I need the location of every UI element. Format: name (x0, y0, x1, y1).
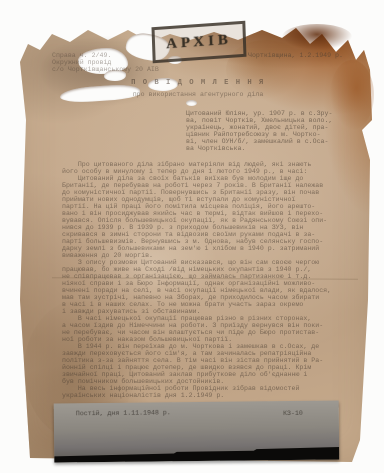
document-title: П О В І Д О М Л Е Н Н Я (62, 79, 334, 87)
archive-stamp-label: АРХІВ (166, 31, 232, 53)
photo-shadow-strip (54, 444, 339, 463)
text-line: працював, бо живе на Сході /від німецьки… (62, 266, 331, 273)
text-line: його особу в минулому і тепер до дня 1 л… (62, 168, 331, 175)
text-line: нився до 1939 р. В 1939 р. з приходом бо… (62, 224, 331, 231)
text-line: Цитований Юліян, ур. 1907 р. в с.Зру- (186, 110, 332, 117)
text-line: В 1944 р. він переїхав до м. Чорткова і … (62, 343, 331, 350)
text-line: Британії, де перебував на роботі через 7… (62, 182, 331, 189)
text-line: Окружний провід (52, 59, 159, 66)
text-line: В часі німецької окупації працював різно… (62, 315, 331, 322)
text-line: Справа ч. 2/49. (52, 52, 159, 59)
text-line: не співпрацював з організацією, що займа… (62, 273, 331, 280)
text-line: приймати нових однодумців, щоб ті вступа… (62, 196, 331, 203)
text-line: завжди переховується його сім'я, а там з… (62, 350, 331, 357)
text-line: політика з-за зайняття села. В тім часі … (62, 357, 331, 364)
text-line: до комуністичної партії. Повернувшись з … (62, 189, 331, 196)
text-line: партії. На цій праці його помітила місце… (62, 203, 331, 210)
text-line: парті большевизмів. Вернувшись з м. Одно… (62, 238, 331, 245)
photo-bottom-band: Постій, дня 1.11.1948 р. КЗ-10 (54, 401, 340, 463)
text-line: с/о Чортківщанському 20 АІВ (52, 66, 159, 73)
date-line: Чортківщина, 1.2.1949 р. (248, 52, 343, 59)
text-line: вувався. Опісля большевицької окупації, … (62, 217, 331, 224)
text-line: і завжди рахуватись зі обставинами. (62, 308, 331, 315)
text-line: З опису розмови Цитований висказався, що… (62, 259, 331, 266)
text-line: ва, повіт Чортків, Хмельницька воло., (186, 117, 332, 124)
text-line: в часі і в наших селах. То не можна брат… (62, 301, 331, 308)
text-line: На весь інформаційної роботи Провідник з… (62, 385, 331, 392)
text-line: Про цитованого діла зібрано матеріяли ві… (62, 161, 331, 168)
text-line: ної роботи за наказом большевицької парт… (62, 336, 331, 343)
text-line: а часом їздив до Німеччини на роботи. З … (62, 322, 331, 329)
text-line: ві, член ОУН/б/, замешкалий в с.Оса- (186, 138, 332, 145)
text-line: ніякої справи і за Бюро Інформації, одна… (62, 280, 331, 287)
body-text: Про цитованого діла зібрано матеріяли ві… (62, 161, 331, 399)
archive-stamp: АРХІВ (151, 21, 246, 64)
text-line: Цитований діла за своїх батьків виїхав б… (62, 175, 331, 182)
text-line: йонній спілці і працює дотепер, де швидк… (62, 364, 331, 371)
text-line: вано і він просиджував якийсь час в тюрм… (62, 210, 331, 217)
text-line: був помічником большевицьких достойників… (62, 378, 331, 385)
text-line: цівник Райпотребсоюзу в м. Чортко- (186, 131, 332, 138)
sender-block: Справа ч. 2/49.Окружний провідс/о Чорткі… (52, 52, 159, 73)
text-line: не перебуває, чи часом він влаштується ч… (62, 329, 331, 336)
paper-hole (186, 100, 197, 106)
document-subtitle: про використання агентурного діла (62, 91, 334, 98)
footer-reference: КЗ-10 (283, 410, 303, 417)
text-line: ва Чортківська. (186, 145, 332, 152)
text-line: українських націоналістів дня 1.2.1949 р… (62, 392, 331, 399)
subject-description: Цитований Юліян, ур. 1907 р. в с.Зру-ва,… (186, 110, 332, 152)
text-line: вчинені поради на селі, в часі окупації … (62, 287, 331, 294)
text-line: українець, жонатий, двоє дітей, пра- (186, 124, 332, 131)
text-line: виваження до 20 моргів. (62, 252, 331, 259)
text-line: мав там зустрічі, напевно на Зборах, де … (62, 294, 331, 301)
text-line: звичайної праці, Цитований заклав прибут… (62, 371, 331, 378)
photo-of-document: { "stamp": { "text": "АРХІВ" }, "header"… (0, 0, 384, 473)
text-line: скривався в зимні сторони та відвозив св… (62, 231, 331, 238)
footer-place-date: Постій, дня 1.11.1948 р. (76, 409, 171, 417)
text-line: дарку землі з большевиками на зем'ю і хл… (62, 245, 331, 252)
